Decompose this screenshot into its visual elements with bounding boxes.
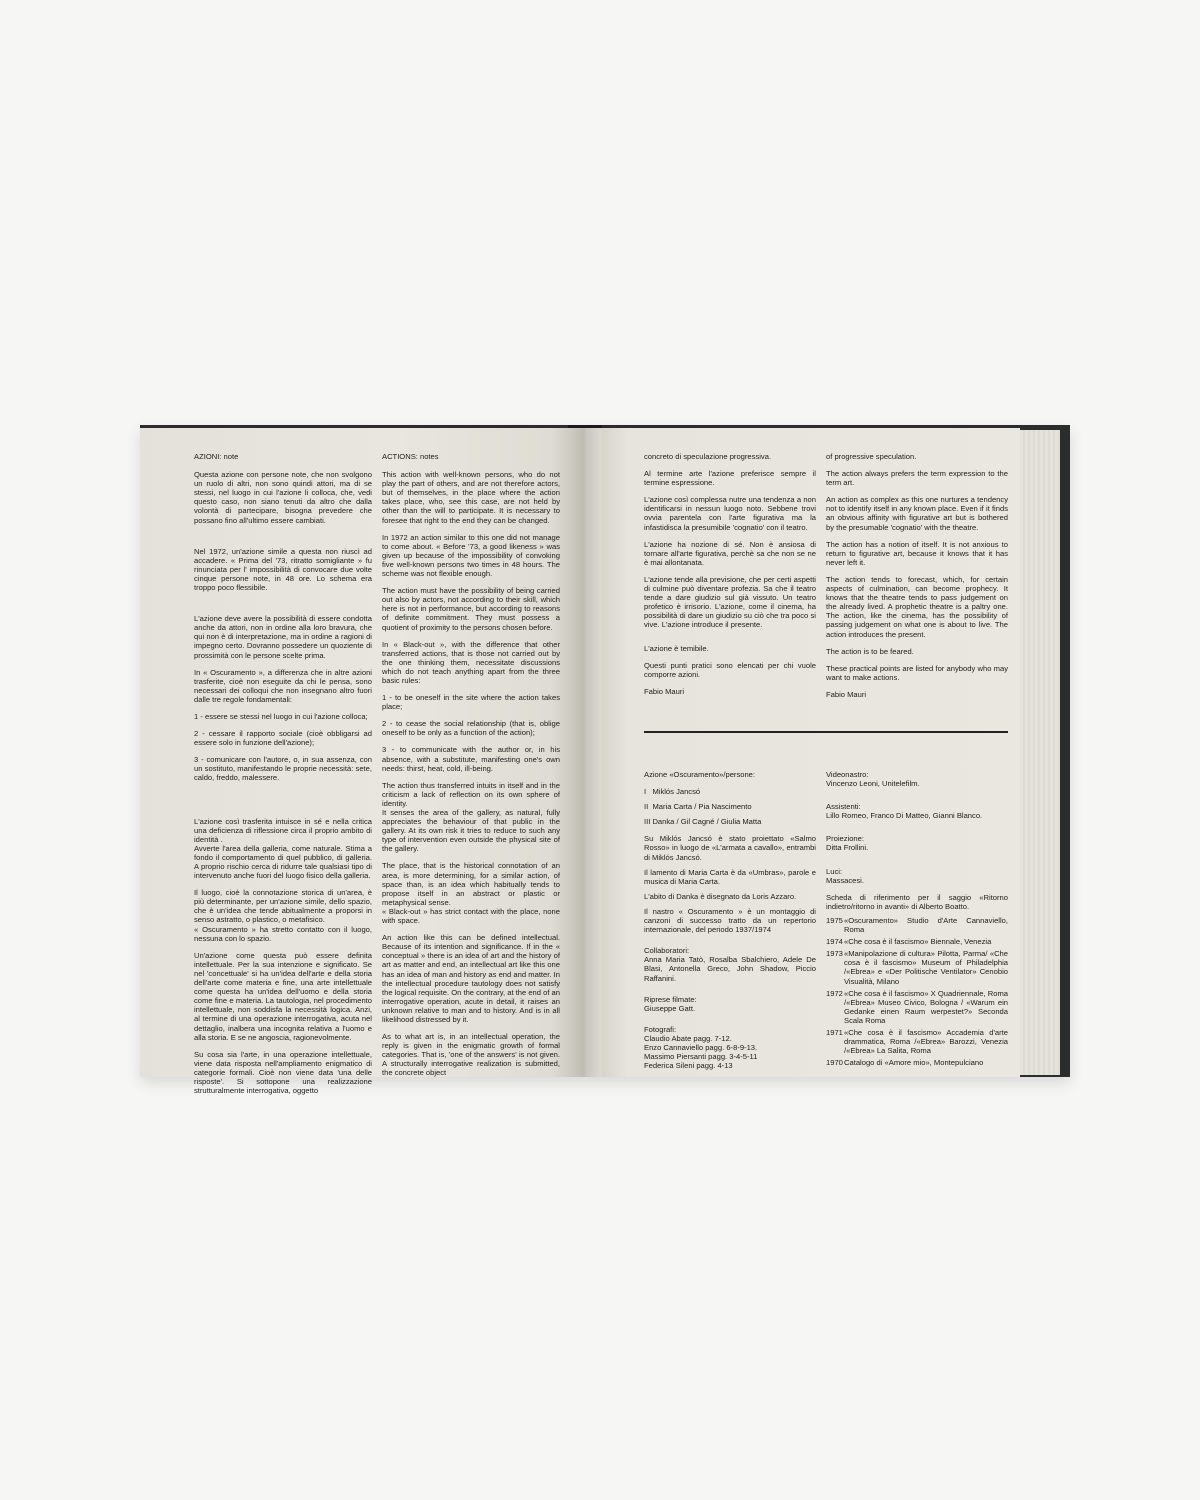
english-notes-continued: of progressive speculation. The action a… — [826, 452, 1008, 707]
credit-note: L'abito di Danka è disegnato da Loris Az… — [644, 892, 816, 901]
paragraph: concreto di speculazione progressiva. — [644, 452, 816, 461]
credit-value: Vincenzo Leoni, Unitelefilm. — [826, 779, 1008, 788]
chronology-entry: 1970Catalogo di «Amore mio», Montepulcia… — [826, 1058, 1008, 1067]
paragraph: In 1972 an action similar to this one di… — [382, 533, 560, 578]
signature: Fabio Mauri — [826, 690, 1008, 699]
rule-item: 3 - comunicare con l'autore, o, in sua a… — [194, 755, 372, 782]
credit-value: Giuseppe Gatt. — [644, 1004, 816, 1013]
rule-item: 2 - cessare il rapporto sociale (cioè ob… — [194, 729, 372, 747]
person-entry: I Miklós Jancsó — [644, 787, 816, 796]
chronology-year: 1972 — [826, 989, 844, 1025]
paragraph: This action with well-known persons, who… — [382, 470, 560, 525]
reference-note: Scheda di riferimento per il saggio «Rit… — [826, 893, 1008, 911]
paragraph: Al termine arte l'azione preferisce semp… — [644, 469, 816, 487]
chronology-entry: 1971«Che cosa è il fascismo» Accademia d… — [826, 1028, 1008, 1055]
credit-note: Il nastro « Oscuramento » è un montaggio… — [644, 907, 816, 934]
section-divider — [644, 731, 1008, 733]
paragraph: Su cosa sia l'arte, in una operazione in… — [194, 1050, 372, 1095]
paragraph: « Oscuramento » ha stretto contatto con … — [194, 925, 372, 943]
paragraph: The action has a notion of itself. It is… — [826, 540, 1008, 567]
italian-notes-column: AZIONI: note Questa azione con persone n… — [194, 452, 372, 1103]
credit-note: Su Miklós Jancsó è stato proiettato «Sal… — [644, 834, 816, 861]
credit-label: Luci: — [826, 867, 1008, 876]
paragraph: Questa azione con persone note, che non … — [194, 470, 372, 525]
paragraph: L'azione tende alla previsione, che per … — [644, 575, 816, 630]
paragraph: As to what art is, in an intellectual op… — [382, 1032, 560, 1077]
rule-item: 1 - to be oneself in the site where the … — [382, 693, 560, 711]
chronology-text: «Oscuramento» Studio d'Arte Cannaviello,… — [844, 916, 1008, 934]
signature: Fabio Mauri — [644, 687, 816, 696]
rule-item: 3 - to communicate with the author or, i… — [382, 745, 560, 772]
chronology-year: 1974 — [826, 937, 844, 946]
credit-label: Videonastro: — [826, 770, 1008, 779]
chronology-text: «Che cosa è il fascismo» X Quadriennale,… — [844, 989, 1008, 1025]
credit-value: Claudio Abate pagg. 7-12. Enzo Cannaviel… — [644, 1034, 816, 1070]
chronology-text: «Che cosa è il fascismo» Accademia d'art… — [844, 1028, 1008, 1055]
paragraph: An action as complex as this one nurture… — [826, 495, 1008, 531]
italian-heading: AZIONI: note — [194, 452, 372, 461]
paragraph: L'azione così complessa nutre una tenden… — [644, 495, 816, 531]
paragraph: Un'azione come questa può essere definit… — [194, 951, 372, 1042]
paragraph: of progressive speculation. — [826, 452, 1008, 461]
chronology-year: 1975 — [826, 916, 844, 934]
credits-title: Azione «Oscuramento»/persone: — [644, 770, 816, 779]
credit-value: Anna Maria Tatò, Rosalba Sbalchiero, Ade… — [644, 955, 816, 982]
italian-notes-continued: concreto di speculazione progressiva. Al… — [644, 452, 816, 704]
chronology-year: 1973 — [826, 949, 844, 985]
chronology-year: 1971 — [826, 1028, 844, 1055]
credits-left-column: Azione «Oscuramento»/persone: I Miklós J… — [644, 770, 816, 1078]
person-entry: III Danka / Gil Cagné / Giulia Matta — [644, 817, 816, 826]
person-entry: II Maria Carta / Pia Nascimento — [644, 802, 816, 811]
chronology-text: Catalogo di «Amore mio», Montepulciano — [844, 1058, 1008, 1067]
paragraph: It senses the area of the gallery, as na… — [382, 808, 560, 853]
credit-label: Riprese filmate: — [644, 995, 816, 1004]
credits-right-column: Videonastro: Vincenzo Leoni, Unitelefilm… — [826, 770, 1008, 1070]
credit-note: Il lamento di Maria Carta è da «Umbras»,… — [644, 868, 816, 886]
paragraph: « Black-out » has strict contact with th… — [382, 907, 560, 925]
chronology-entry: 1975«Oscuramento» Studio d'Arte Cannavie… — [826, 916, 1008, 934]
chronology-list: 1975«Oscuramento» Studio d'Arte Cannavie… — [826, 916, 1008, 1067]
credit-value: Massacesi. — [826, 876, 1008, 885]
credit-value: Ditta Frollini. — [826, 843, 1008, 852]
credit-label: Proiezione: — [826, 834, 1008, 843]
paragraph: L'azione ha nozione di sé. Non è ansiosa… — [644, 540, 816, 567]
paragraph: In « Oscuramento », a differenza che in … — [194, 668, 372, 704]
gutter — [568, 428, 602, 1077]
paragraph: In « Black-out », with the difference th… — [382, 640, 560, 685]
paragraph: The action is to be feared. — [826, 647, 1008, 656]
rule-item: 2 - to cease the social relationship (th… — [382, 719, 560, 737]
paragraph: L'azione è temibile. — [644, 644, 816, 653]
chronology-year: 1970 — [826, 1058, 844, 1067]
paragraph: L'azione deve avere la possibilità di es… — [194, 614, 372, 659]
credit-label: Fotografi: — [644, 1025, 816, 1034]
credit-label: Collaboratori: — [644, 946, 816, 955]
rule-item: 1 - essere se stessi nel luogo in cui l'… — [194, 712, 372, 721]
paragraph: These practical points are listed for an… — [826, 664, 1008, 682]
paragraph: The action always prefers the term expre… — [826, 469, 1008, 487]
english-notes-column: ACTIONS: notes This action with well-kno… — [382, 452, 560, 1086]
paragraph: The action tends to forecast, which, for… — [826, 575, 1008, 639]
page-edges — [1020, 430, 1060, 1075]
paragraph: Questi punti pratici sono elencati per c… — [644, 661, 816, 679]
english-heading: ACTIONS: notes — [382, 452, 560, 461]
paragraph: L'azione così trasferita intuisce in sé … — [194, 817, 372, 844]
paragraph: The action must have the possibility of … — [382, 586, 560, 631]
chronology-entry: 1974«Che cosa è il fascismo» Biennale, V… — [826, 937, 1008, 946]
paragraph: Nel 1972, un'azione simile a questa non … — [194, 547, 372, 592]
paragraph: The place, that is the historical connot… — [382, 861, 560, 906]
chronology-entry: 1972«Che cosa è il fascismo» X Quadrienn… — [826, 989, 1008, 1025]
credit-label: Assistenti: — [826, 802, 1008, 811]
chronology-text: «Che cosa è il fascismo» Biennale, Venez… — [844, 937, 1008, 946]
chronology-text: «Manipolazione di cultura» Pilotta, Parm… — [844, 949, 1008, 985]
chronology-entry: 1973«Manipolazione di cultura» Pilotta, … — [826, 949, 1008, 985]
credit-value: Lillo Romeo, Franco Di Matteo, Gianni Bl… — [826, 811, 1008, 820]
paragraph: An action like this can be defined intel… — [382, 933, 560, 1024]
paragraph: Avverte l'area della galleria, come natu… — [194, 844, 372, 880]
paragraph: The action thus transferred intuits in i… — [382, 781, 560, 808]
paragraph: Il luogo, cioè la connotazione storica d… — [194, 888, 372, 924]
